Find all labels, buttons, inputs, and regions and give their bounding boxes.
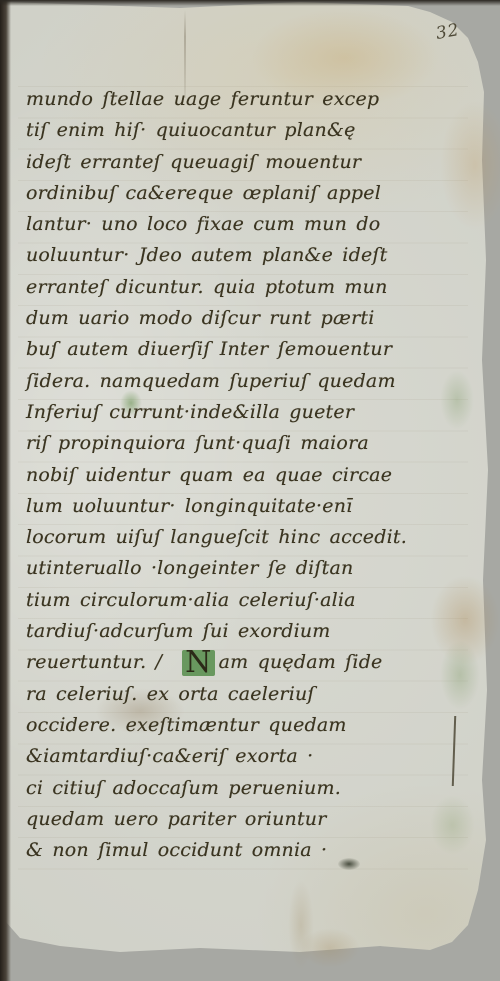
- manuscript-line: nobiſ uidentur quam ea quae circae: [26, 460, 476, 491]
- manuscript-line: buſ autem diuerſiſ Inter ſemouentur: [26, 334, 476, 365]
- manuscript-line: ſidera. namquedam ſuperiuſ quedam: [26, 366, 476, 397]
- manuscript-photo: { "page": { "folio_number": "32" }, "tex…: [0, 0, 500, 981]
- manuscript-line: mundo ſtellae uage feruntur excep: [26, 84, 476, 115]
- manuscript-line: utinteruallo ·longeinter ſe diſtan: [26, 553, 476, 584]
- manuscript-line-with-initial: reuertuntur. ∕Nam quędam ſide: [26, 647, 476, 678]
- manuscript-line: quedam uero pariter oriuntur: [26, 804, 476, 835]
- manuscript-line: & non ſimul occidunt omnia ·: [26, 835, 476, 866]
- manuscript-line-start: reuertuntur. ∕: [26, 651, 162, 673]
- manuscript-line: locorum uiſuſ langueſcit hinc accedit.: [26, 522, 476, 553]
- manuscript-line: riſ propinquiora ſunt·quaſi maiora: [26, 428, 476, 459]
- manuscript-line: ordinibuſ ca&ereque œplaniſ appel: [26, 178, 476, 209]
- manuscript-line: tiſ enim hiſ· quiuocantur plan&ę: [26, 115, 476, 146]
- manuscript-line: lum uoluuntur· longinquitate·enī: [26, 491, 476, 522]
- manuscript-line: occidere. exeſtimæntur quedam: [26, 710, 476, 741]
- manuscript-line: tardiuſ·adcurſum ſui exordium: [26, 616, 476, 647]
- manuscript-line: ideſt erranteſ queuagiſ mouentur: [26, 147, 476, 178]
- page-top-edge-shadow: [0, 0, 500, 6]
- manuscript-line: &iamtardiuſ·ca&eriſ exorta ·: [26, 741, 476, 772]
- folio-number: 32: [435, 20, 462, 44]
- manuscript-line: tium circulorum·alia celeriuſ·alia: [26, 585, 476, 616]
- manuscript-line: ra celeriuſ. ex orta caeleriuſ: [26, 679, 476, 710]
- manuscript-line: ci citiuſ adoccaſum peruenium.: [26, 773, 476, 804]
- binding-gutter-shadow: [0, 0, 11, 981]
- decorated-initial-N: N: [182, 650, 214, 676]
- manuscript-line: erranteſ dicuntur. quia ptotum mun: [26, 272, 476, 303]
- manuscript-line: dum uario modo diſcur runt pærti: [26, 303, 476, 334]
- manuscript-line: uoluuntur· Jdeo autem plan&e ideſt: [26, 240, 476, 271]
- manuscript-line: lantur· uno loco fixae cum mun do: [26, 209, 476, 240]
- manuscript-line-continuation: am quędam ſide: [219, 651, 383, 673]
- manuscript-line: Inferiuſ currunt·inde&illa gueter: [26, 397, 476, 428]
- manuscript-text-block: mundo ſtellae uage feruntur excep tiſ en…: [26, 84, 476, 866]
